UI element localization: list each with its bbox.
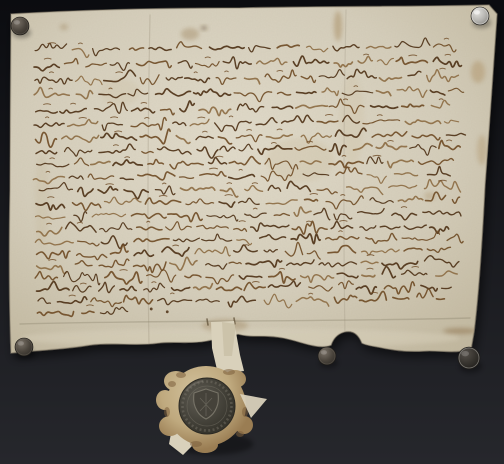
stain: [477, 135, 487, 165]
stain: [471, 61, 485, 83]
stain: [266, 138, 334, 182]
pin-glint: [461, 351, 469, 357]
stain: [201, 26, 207, 30]
pin-head: [318, 347, 336, 365]
pin-glint: [474, 10, 480, 15]
pin-head: [11, 17, 29, 35]
pin-glint: [321, 350, 327, 355]
seal-wax-lump: [235, 416, 253, 434]
stain: [334, 11, 342, 41]
pin-head: [458, 347, 480, 369]
pin-head: [15, 338, 33, 356]
pin-glint: [18, 341, 24, 346]
seal-impression: [179, 378, 235, 434]
photo-stage: [0, 0, 504, 464]
seal-wax-lump: [156, 390, 174, 410]
stain: [60, 24, 68, 30]
pin-head: [471, 7, 489, 25]
stain: [100, 79, 140, 105]
end-mark: [150, 308, 153, 311]
pin-glint: [14, 20, 20, 25]
end-mark: [166, 310, 169, 313]
stain: [443, 328, 477, 334]
stain: [181, 28, 199, 40]
charter-photograph: [0, 0, 504, 464]
script-word: [436, 299, 444, 300]
seal-wax-lump: [159, 416, 181, 436]
